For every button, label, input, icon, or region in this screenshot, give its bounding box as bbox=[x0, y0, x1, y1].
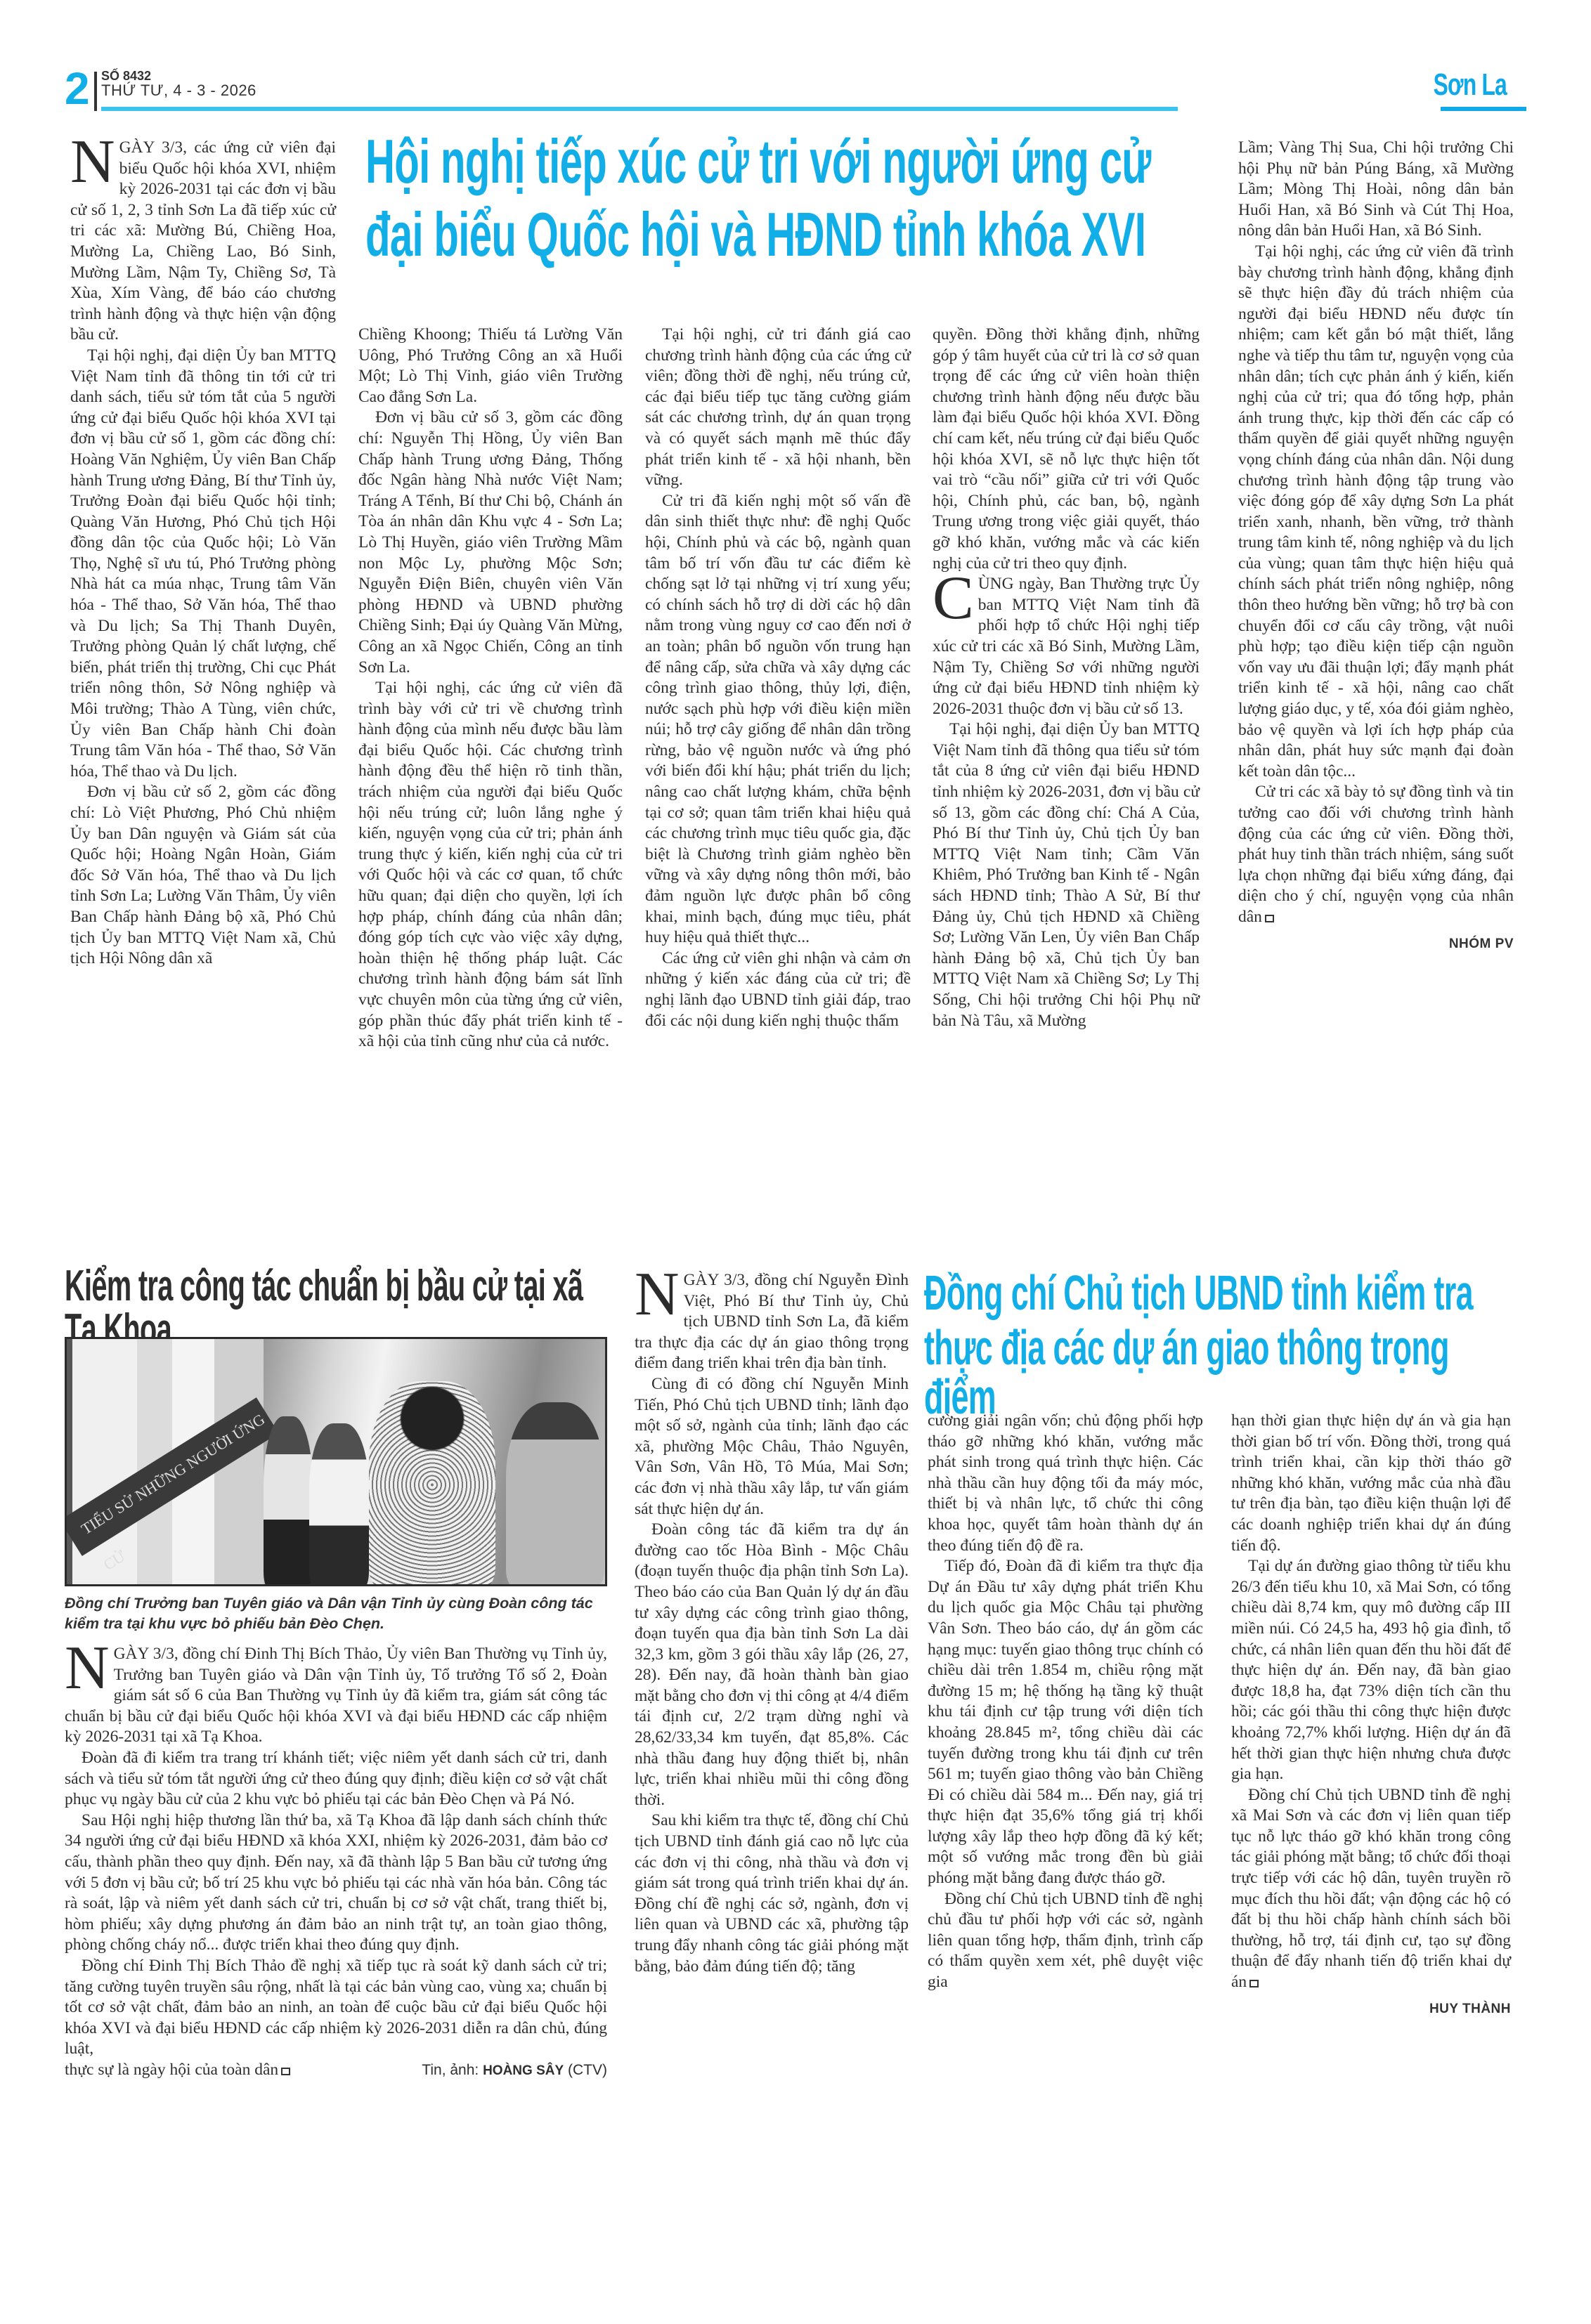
end-mark-icon bbox=[1265, 915, 1274, 922]
article3-byline: HUY THÀNH bbox=[1231, 1999, 1511, 2020]
page-header: 2 SỐ 8432 THỨ TƯ, 4 - 3 - 2026 Sơn La bbox=[65, 70, 1526, 112]
paragraph: Tiếp đó, Đoàn đã đi kiểm tra thực địa Dự… bbox=[928, 1556, 1203, 1889]
paragraph: Tại hội nghị, đại diện Ủy ban MTTQ Việt … bbox=[933, 719, 1200, 1031]
paragraph: Đoàn đã đi kiểm tra trang trí khánh tiết… bbox=[65, 1748, 607, 1810]
article3-column-1: NGÀY 3/3, đồng chí Nguyễn Đình Việt, Phó… bbox=[635, 1270, 909, 1977]
header-divider bbox=[94, 72, 97, 111]
paragraph: Tại hội nghị, đại diện Ủy ban MTTQ Việt … bbox=[70, 346, 336, 782]
drop-cap: N bbox=[70, 139, 115, 185]
paragraph: Đồng chí Chủ tịch UBND tỉnh đề nghị xã M… bbox=[1231, 1785, 1511, 1993]
paragraph: Tại dự án đường giao thông từ tiểu khu 2… bbox=[1231, 1556, 1511, 1785]
paragraph: cường giải ngân vốn; chủ động phối hợp t… bbox=[928, 1411, 1203, 1556]
headline-line: Hội nghị tiếp xúc cử tri với người ứng c… bbox=[365, 131, 1200, 204]
paragraph: hạn thời gian thực hiện dự án và gia hạn… bbox=[1231, 1411, 1511, 1556]
paragraph: Tại hội nghị, các ứng cử viên đã trình b… bbox=[1238, 242, 1514, 782]
paragraph: Lầm; Vàng Thị Sua, Chi hội trưởng Chi hộ… bbox=[1238, 138, 1514, 242]
person-figure bbox=[264, 1416, 313, 1586]
article3-column-2: cường giải ngân vốn; chủ động phối hợp t… bbox=[928, 1411, 1203, 1993]
page-number: 2 bbox=[65, 66, 90, 111]
drop-cap: C bbox=[933, 575, 974, 622]
paragraph: Đoàn công tác đã kiểm tra dự án đường ca… bbox=[635, 1520, 909, 1810]
paragraph: Cử tri đã kiến nghị một số vấn đề dân si… bbox=[645, 491, 911, 948]
header-rule bbox=[101, 107, 1178, 111]
paragraph: Sau khi kiểm tra thực tế, đồng chí Chủ t… bbox=[635, 1810, 909, 1977]
paragraph: CÙNG ngày, Ban Thường trực Ủy ban MTTQ V… bbox=[933, 574, 1200, 719]
drop-cap: N bbox=[65, 1645, 110, 1692]
headline-line: Đồng chí Chủ tịch UBND tỉnh kiểm tra bbox=[924, 1268, 1509, 1323]
paragraph: quyền. Đồng thời khẳng định, những góp ý… bbox=[933, 325, 1200, 574]
end-mark-icon bbox=[1249, 1980, 1259, 1987]
paragraph: Các ứng cử viên ghi nhận và cảm ơn những… bbox=[645, 948, 911, 1031]
final-sentence: thực sự là ngày hội của toàn dân bbox=[65, 2060, 290, 2082]
article2-body: NGÀY 3/3, đồng chí Đinh Thị Bích Thảo, Ủ… bbox=[65, 1644, 607, 2081]
article2-byline: Tin, ảnh: HOÀNG SÂY (CTV) bbox=[422, 2060, 607, 2082]
end-mark-icon bbox=[281, 2068, 290, 2075]
headline-line: đại biểu Quốc hội và HĐND tỉnh khóa XVI bbox=[365, 204, 1200, 277]
section-rule bbox=[1441, 107, 1526, 111]
paragraph: Tại hội nghị, cử tri đánh giá cao chương… bbox=[645, 325, 911, 491]
person-figure bbox=[369, 1381, 495, 1586]
article1-column-2: Chiềng Khoong; Thiếu tá Lường Văn Uông, … bbox=[358, 325, 623, 1052]
article1-column-3: Tại hội nghị, cử tri đánh giá cao chương… bbox=[645, 325, 911, 1031]
paragraph: Sau Hội nghị hiệp thương lần thứ ba, xã … bbox=[65, 1810, 607, 1956]
article3-column-3: hạn thời gian thực hiện dự án và gia hạn… bbox=[1231, 1411, 1511, 2019]
person-figure bbox=[309, 1423, 369, 1586]
paragraph: Đơn vị bầu cử số 2, gồm các đồng chí: Lò… bbox=[70, 782, 336, 969]
article1-column-5: Lầm; Vàng Thị Sua, Chi hội trưởng Chi hộ… bbox=[1238, 138, 1514, 954]
issue-date: THỨ TƯ, 4 - 3 - 2026 bbox=[101, 81, 256, 100]
paragraph: NGÀY 3/3, các ứng cử viên đại biểu Quốc … bbox=[70, 138, 336, 346]
paragraph: Tại hội nghị, các ứng cử viên đã trình b… bbox=[358, 678, 623, 1052]
photo-caption: Đồng chí Trưởng ban Tuyên giáo và Dân vậ… bbox=[65, 1593, 607, 1634]
article1-column-4: quyền. Đồng thời khẳng định, những góp ý… bbox=[933, 325, 1200, 1031]
article1-column-1: NGÀY 3/3, các ứng cử viên đại biểu Quốc … bbox=[70, 138, 336, 970]
paragraph: Đồng chí Đinh Thị Bích Thảo đề nghị xã t… bbox=[65, 1956, 607, 2060]
paragraph: Chiềng Khoong; Thiếu tá Lường Văn Uông, … bbox=[358, 325, 623, 407]
paragraph: Đơn vị bầu cử số 3, gồm các đồng chí: Ng… bbox=[358, 407, 623, 678]
article1-byline: NHÓM PV bbox=[1238, 934, 1514, 955]
section-title: Sơn La bbox=[1434, 67, 1507, 103]
closing-line: thực sự là ngày hội của toàn dân Tin, ản… bbox=[65, 2060, 607, 2082]
paragraph: Cử tri các xã bày tỏ sự đồng tình và tin… bbox=[1238, 782, 1514, 927]
paragraph: Cùng đi có đồng chí Nguyễn Minh Tiến, Ph… bbox=[635, 1374, 909, 1520]
headline-line: thực địa các dự án giao thông trọng điểm bbox=[924, 1323, 1509, 1378]
article2-photo: TIỂU SỬ NHỮNG NGƯỜI ỨNG CỬ bbox=[65, 1337, 607, 1586]
drop-cap: N bbox=[635, 1272, 680, 1318]
article3-headline: Đồng chí Chủ tịch UBND tỉnh kiểm tra thự… bbox=[924, 1268, 1509, 1378]
person-figure bbox=[506, 1402, 604, 1586]
article1-headline: Hội nghị tiếp xúc cử tri với người ứng c… bbox=[365, 131, 1200, 277]
paragraph: NGÀY 3/3, đồng chí Nguyễn Đình Việt, Phó… bbox=[635, 1270, 909, 1374]
paragraph: Đồng chí Chủ tịch UBND tỉnh đề nghị chủ … bbox=[928, 1889, 1203, 1993]
paragraph: NGÀY 3/3, đồng chí Đinh Thị Bích Thảo, Ủ… bbox=[65, 1644, 607, 1748]
